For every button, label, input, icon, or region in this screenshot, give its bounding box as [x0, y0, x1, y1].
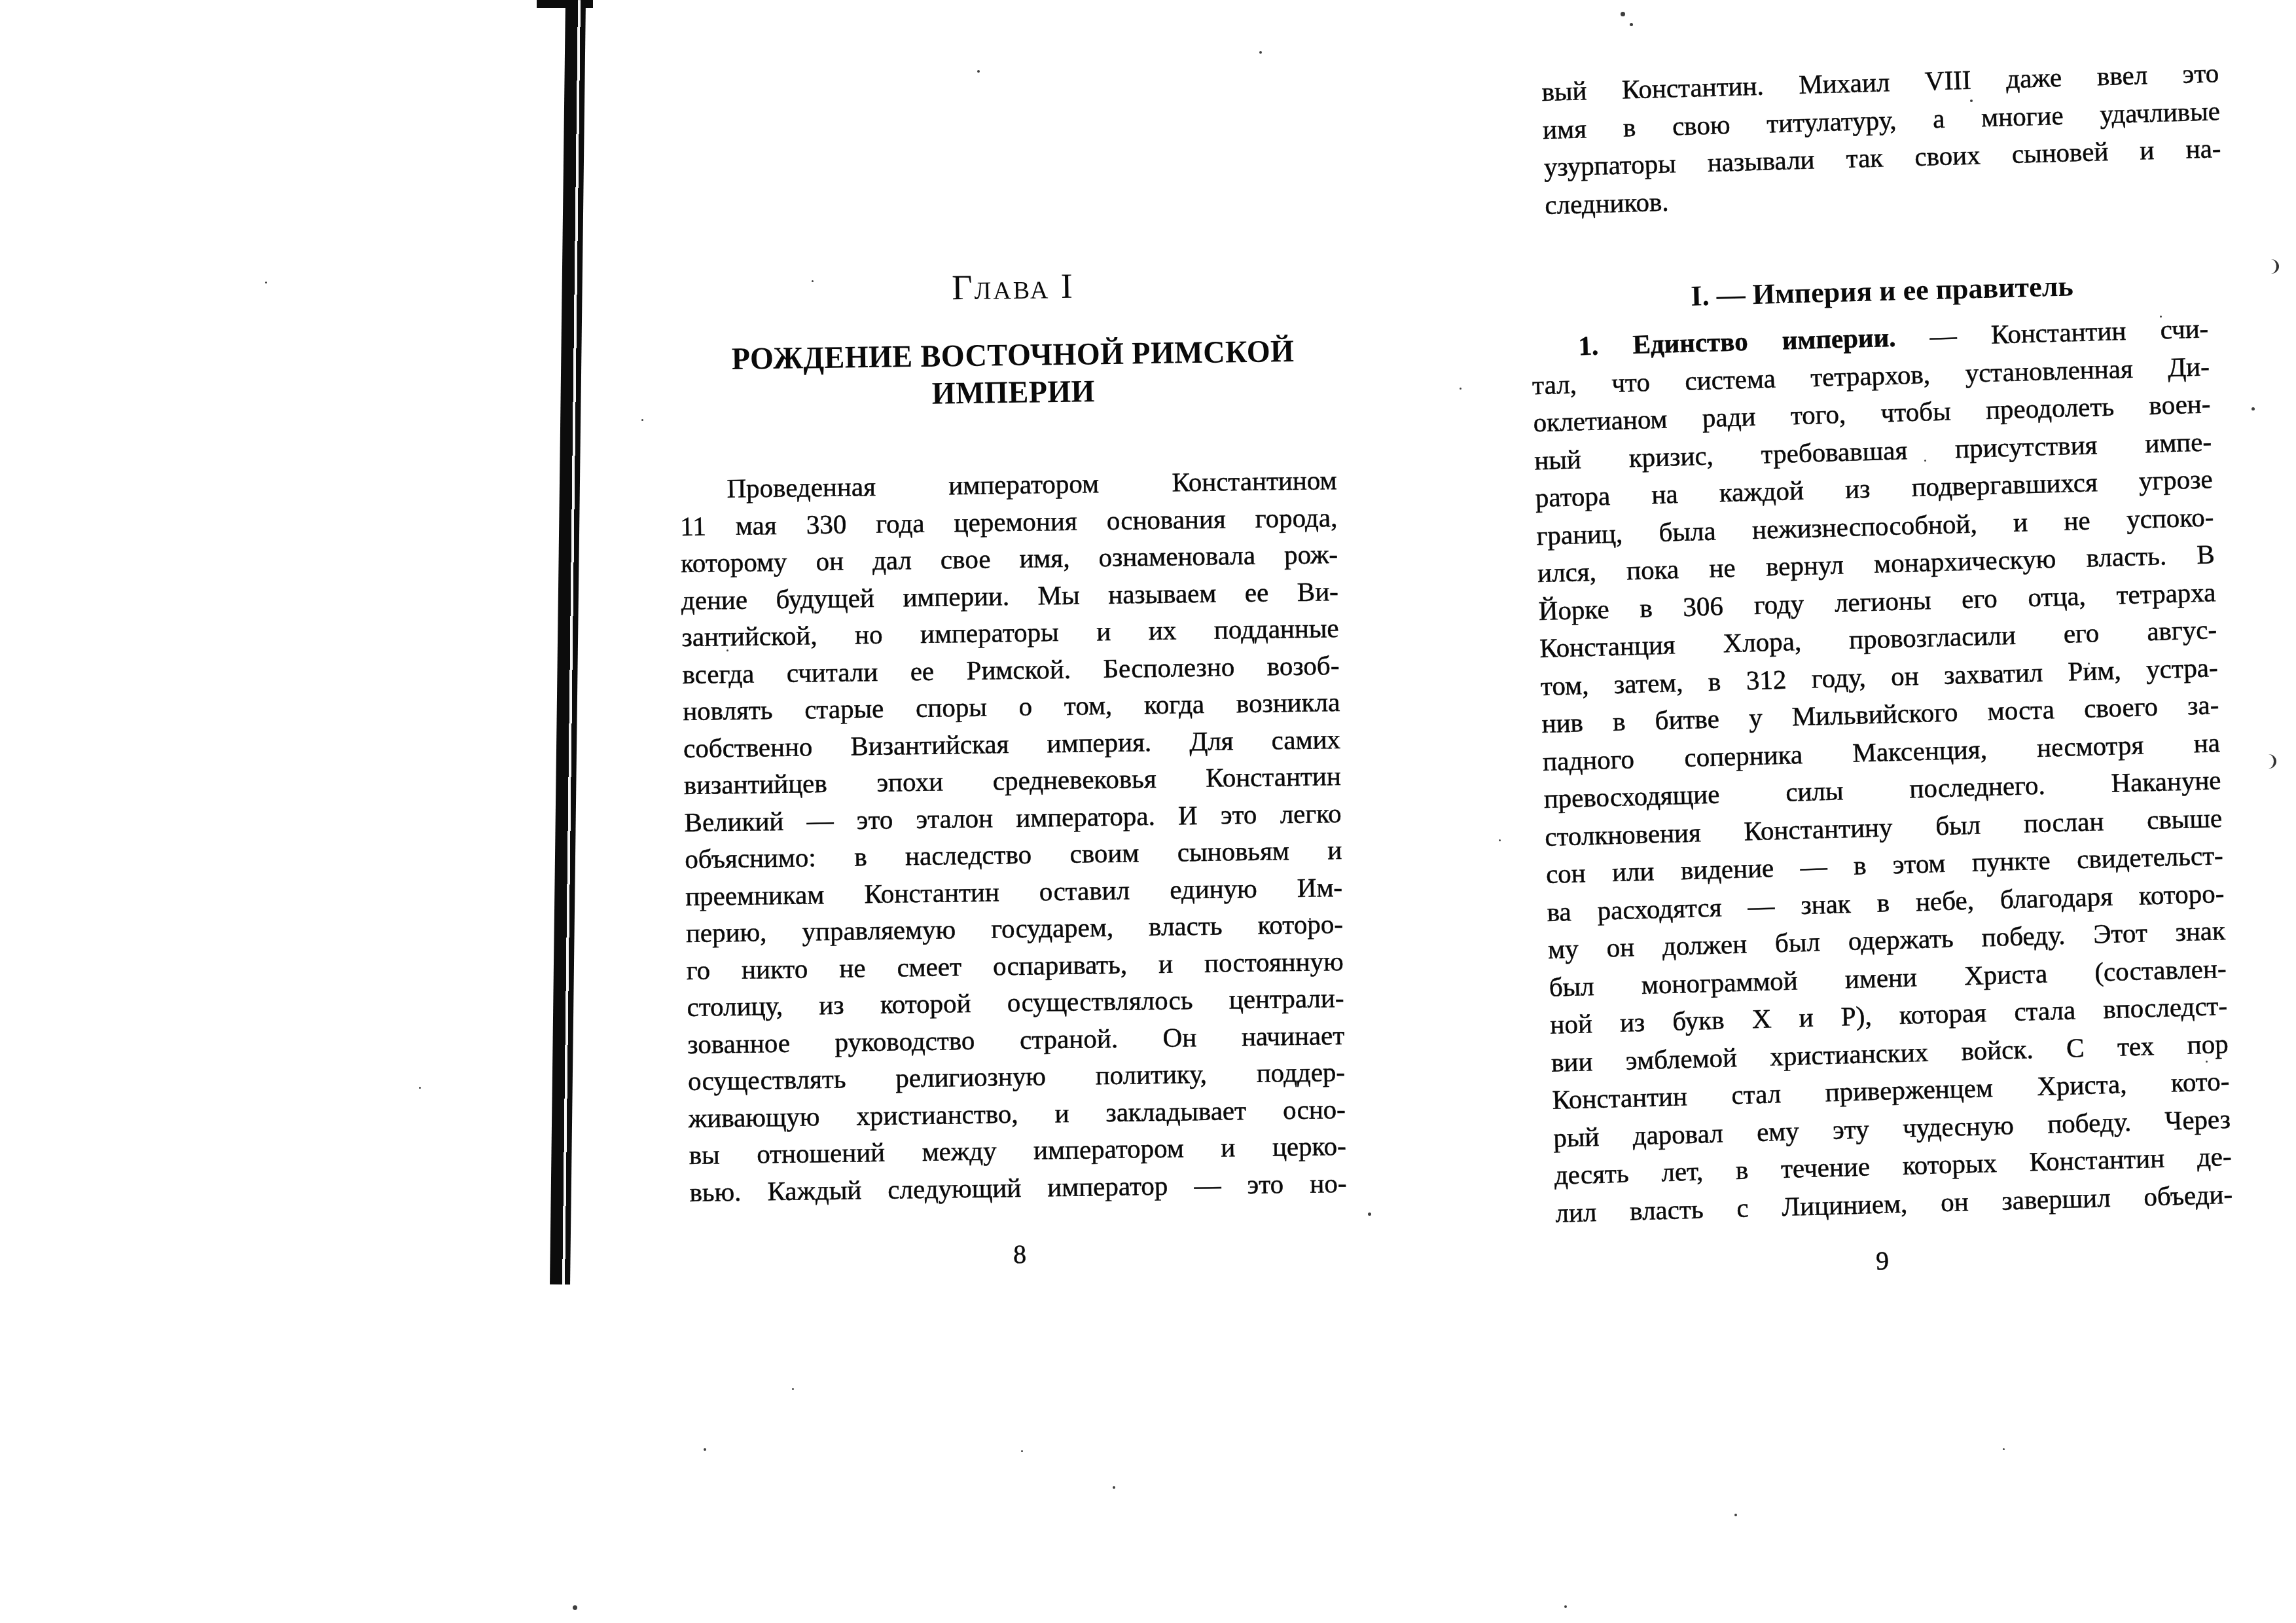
scan-speck — [1499, 839, 1501, 841]
scan-speck — [1564, 1605, 1567, 1608]
scan-speck — [1368, 1213, 1371, 1216]
scan-speck — [1259, 51, 1262, 54]
left-page-body: Проведенная императором Константином11 м… — [679, 462, 1347, 1211]
scan-speck — [1734, 1514, 1737, 1516]
scan-speck — [419, 1087, 421, 1089]
scan-speck — [2088, 663, 2090, 665]
scan-speck — [1630, 23, 1633, 26]
scan-speck — [2160, 316, 2162, 318]
scan-speck — [1621, 12, 1625, 16]
scan-speck — [726, 649, 728, 651]
scan-speck — [641, 419, 643, 421]
scan-speck — [812, 280, 814, 282]
chapter-title: РОЖДЕНИЕ ВОСТОЧНОЙ РИМСКОЙ ИМПЕРИИ — [697, 332, 1329, 415]
scan-speck — [792, 1388, 794, 1390]
chapter-heading: Глава I — [685, 264, 1342, 309]
scan-speck — [2206, 1061, 2208, 1063]
scan-speck — [2003, 1448, 2005, 1450]
scan-speck — [1021, 1450, 1023, 1452]
scan-speck — [2251, 407, 2255, 410]
section-heading: I. — Империя и ее правитель — [1543, 266, 2221, 316]
right-page-body: 1. Единство империи. — Константин счи-та… — [1531, 310, 2233, 1231]
scan-speck — [573, 1605, 577, 1610]
scan-speck — [1113, 1486, 1115, 1489]
scan-speck — [704, 1448, 706, 1451]
binding-gutter-shadow — [550, 0, 586, 1285]
scan-speck — [1970, 100, 1973, 102]
scan-speck — [1924, 460, 1926, 462]
scan-speck — [265, 282, 267, 283]
right-page-continuation: вый Константин. Михаил VIII даже ввел эт… — [1541, 54, 2223, 224]
scan-speck — [977, 70, 980, 73]
page-number-left: 8 — [1000, 1239, 1040, 1270]
page-edge-curl — [2263, 754, 2276, 769]
scan-speck — [1309, 918, 1311, 920]
page-edge-curl — [2266, 259, 2279, 274]
page-number-right: 9 — [1863, 1245, 1903, 1276]
scan-speck — [1460, 388, 1462, 390]
